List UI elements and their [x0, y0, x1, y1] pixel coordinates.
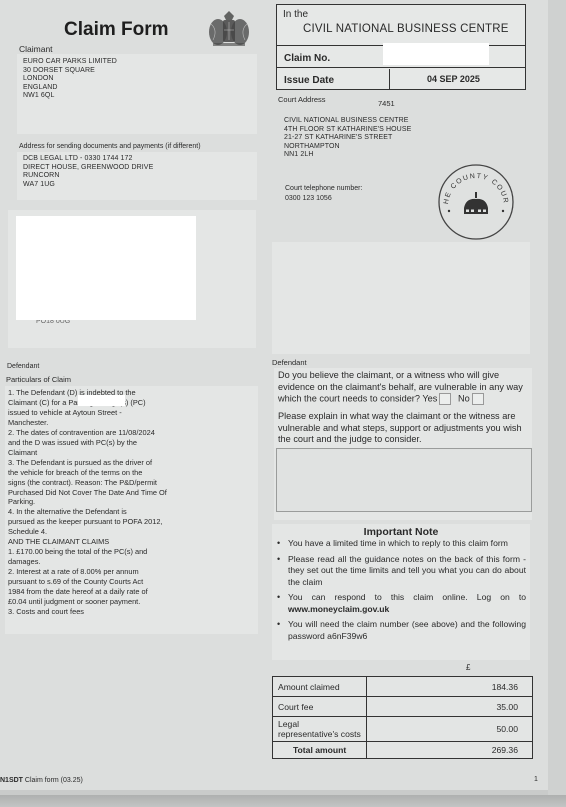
service-address-label: Address for sending documents and paymen… [19, 143, 201, 150]
particulars-of-claim-box: 1. The Defendant (D) is indebted to the … [5, 386, 258, 634]
court-code: 7451 [378, 99, 395, 108]
note-text: You will need the claim number (see abov… [288, 619, 526, 641]
issue-date-value: 04 SEP 2025 [427, 74, 480, 84]
total-value: 269.36 [367, 742, 533, 759]
address-line: 30 DORSET SQUARE [23, 67, 117, 76]
vulnerability-section: Do you believe the claimant, or a witnes… [274, 368, 532, 520]
claim-form-page: Claim Form Claimant EURO CAR PARKS LIMIT… [0, 0, 548, 790]
claimant-address-box: EURO CAR PARKS LIMITED 30 DORSET SQUARE … [17, 54, 257, 134]
claimant-address: EURO CAR PARKS LIMITED 30 DORSET SQUARE … [23, 58, 117, 101]
note-item: You have a limited time in which to repl… [272, 538, 530, 550]
page-number: 1 [534, 776, 538, 783]
claimant-label: Claimant [19, 44, 53, 54]
page-shadow [0, 795, 566, 807]
court-address: CIVIL NATIONAL BUSINESS CENTRE 4TH FLOOR… [284, 117, 411, 160]
yes-label: Yes [422, 393, 437, 403]
address-line: EURO CAR PARKS LIMITED [23, 58, 117, 67]
yes-checkbox[interactable] [439, 393, 451, 405]
service-address-box: DCB LEGAL LTD - 0330 1744 172 DIRECT HOU… [17, 152, 257, 200]
address-line: WA7 1UG [23, 181, 153, 190]
court-header-box: In the CIVIL NATIONAL BUSINESS CENTRE Cl… [276, 4, 526, 90]
address-line: NW1 6QL [23, 92, 117, 101]
vulnerability-explain-prompt: Please explain in what way the claimant … [278, 411, 530, 446]
note-item: You can respond to this claim online. Lo… [272, 592, 530, 615]
defendant-section-label: Defendant [272, 358, 307, 367]
total-label: Total amount [273, 742, 367, 759]
total-row: Total amount 269.36 [273, 742, 533, 759]
particulars-label: Particulars of Claim [6, 375, 71, 384]
no-checkbox[interactable] [472, 393, 484, 405]
table-row: Amount claimed 184.36 [273, 677, 533, 697]
address-line: CIVIL NATIONAL BUSINESS CENTRE [284, 117, 411, 126]
service-address: DCB LEGAL LTD - 0330 1744 172 DIRECT HOU… [23, 155, 153, 189]
address-line: ENGLAND [23, 84, 117, 93]
amount-value: 35.00 [367, 697, 533, 717]
issue-date-label: Issue Date [284, 75, 334, 86]
note-text: Please read all the guidance notes on th… [288, 554, 526, 587]
divider [277, 67, 525, 68]
note-text: You have a limited time in which to repl… [288, 538, 508, 548]
page-edge [548, 0, 566, 795]
vulnerability-question: Do you believe the claimant, or a witnes… [278, 370, 530, 405]
moneyclaim-link[interactable]: www.moneyclaim.gov.uk [288, 604, 389, 614]
note-text: You can respond to this claim online. Lo… [288, 592, 526, 602]
particulars-text: 1. The Defendant (D) is indebted to the … [8, 388, 258, 617]
note-item: You will need the claim number (see abov… [272, 619, 530, 642]
defendant-label: Defendant [7, 363, 39, 370]
amounts-table: Amount claimed 184.36 Court fee 35.00 Le… [272, 676, 533, 759]
royal-coat-of-arms-icon [205, 10, 253, 50]
form-title: Claim Form [64, 19, 169, 41]
vulnerability-explanation-field[interactable] [276, 448, 532, 512]
form-code: N1SDT [0, 777, 23, 784]
court-in-the-label: In the [283, 9, 308, 20]
important-note-list: You have a limited time in which to repl… [272, 538, 530, 646]
divider [389, 69, 390, 89]
question-text: Do you believe the claimant, or a witnes… [278, 370, 523, 403]
amount-value: 184.36 [367, 677, 533, 697]
important-note-box: Important Note You have a limited time i… [272, 524, 530, 660]
important-note-title: Important Note [272, 526, 530, 538]
note-item: Please read all the guidance notes on th… [272, 554, 530, 589]
table-row: Legal representative's costs 50.00 [273, 717, 533, 742]
court-address-label: Court Address [278, 95, 326, 104]
amount-label: Legal representative's costs [273, 717, 367, 742]
amount-value: 50.00 [367, 717, 533, 742]
address-line: 21-27 ST KATHARINE'S STREET [284, 134, 411, 143]
address-line: LONDON [23, 75, 117, 84]
address-line: DIRECT HOUSE, GREENWOOD DRIVE [23, 164, 153, 173]
county-court-seal-icon: THE COUNTY COURT [436, 162, 516, 242]
form-name: Claim form (03.25) [25, 777, 83, 784]
redaction-defendant-address [16, 216, 196, 320]
blank-panel [272, 242, 530, 354]
address-line: RUNCORN [23, 172, 153, 181]
redaction-claim-number [383, 43, 489, 65]
amount-label: Court fee [273, 697, 367, 717]
table-row: Court fee 35.00 [273, 697, 533, 717]
address-line: NORTHAMPTON [284, 143, 411, 152]
amount-label: Amount claimed [273, 677, 367, 697]
claim-number-label: Claim No. [284, 53, 330, 64]
no-label: No [458, 393, 470, 403]
court-telephone-label: Court telephone number: [285, 185, 362, 192]
court-name: CIVIL NATIONAL BUSINESS CENTRE [303, 23, 509, 35]
address-line: 4TH FLOOR ST KATHARINE'S HOUSE [284, 126, 411, 135]
court-telephone-number: 0300 123 1056 [285, 195, 332, 202]
redaction-vehicle-registration [78, 395, 125, 406]
currency-symbol: £ [466, 663, 470, 672]
address-line: NN1 2LH [284, 151, 411, 160]
form-footer: N1SDT Claim form (03.25) [0, 777, 83, 784]
address-line: DCB LEGAL LTD - 0330 1744 172 [23, 155, 153, 164]
